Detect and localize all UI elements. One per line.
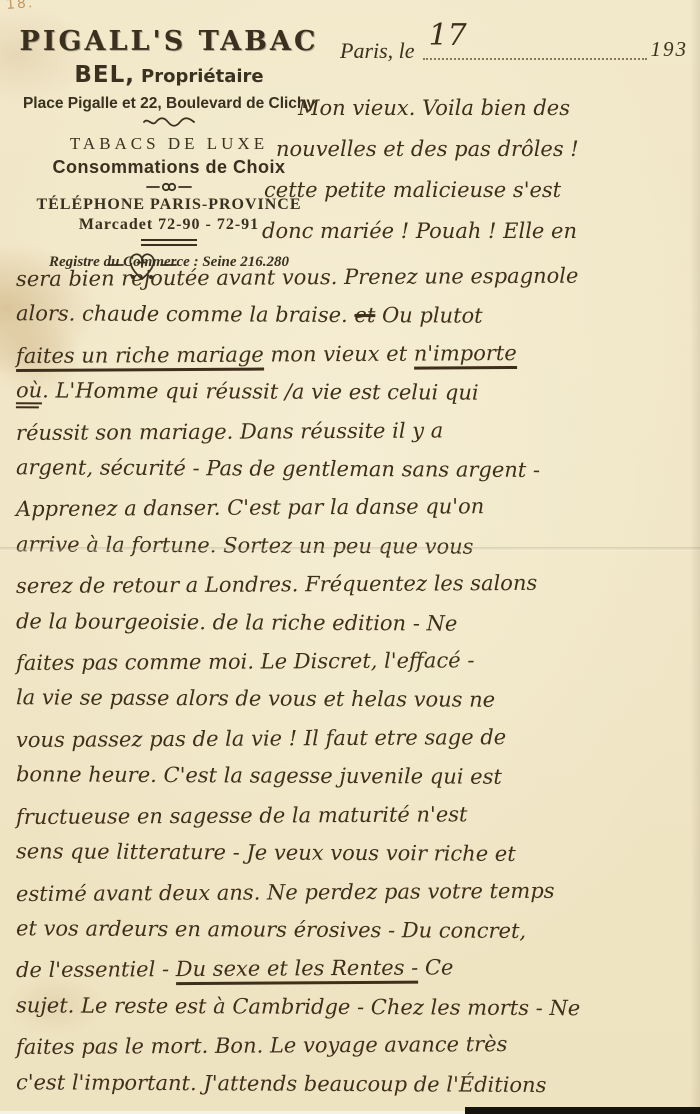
- handwriting-line: faites pas le mort. Bon. Le voyage avanc…: [16, 1024, 688, 1067]
- handwriting-line: faites pas comme moi. Le Discret, l'effa…: [16, 640, 688, 683]
- handwriting-line: sujet. Le reste est à Cambridge - Chez l…: [16, 986, 688, 1028]
- handwriting-line: Apprenez a danser. C'est par la danse qu…: [16, 486, 688, 529]
- handwriting-segment: serez de retour a Londres. Fréquentez le…: [16, 571, 537, 598]
- dateline: Paris, le 17 193: [340, 32, 688, 64]
- handwriting-segment: Apprenez a danser. C'est par la danse qu…: [16, 495, 484, 522]
- handwriting-line: bonne heure. C'est la sagesse juvenile q…: [16, 756, 688, 798]
- handwriting-line: Mon vieux. Voila bien des: [298, 88, 692, 129]
- handwriting-line: où. L'Homme qui réussit /a vie est celui…: [16, 371, 688, 413]
- handwriting-segment: donc mariée ! Pouah ! Elle en: [262, 219, 577, 243]
- handwriting-line: la vie se passe alors de vous et helas v…: [16, 679, 688, 721]
- handwriting-line: argent, sécurité - Pas de gentleman sans…: [16, 448, 688, 490]
- double-ring-ornament-icon: [146, 181, 192, 193]
- handwriting-line: fructueuse en sagesse de la maturité n'e…: [16, 794, 688, 837]
- handwriting-segment: la vie se passe alors de vous et helas v…: [16, 686, 495, 713]
- proprietor-line: BEL,Propriétaire: [2, 62, 336, 88]
- scanned-letter-page: 18. PIGALL'S TABAC BEL,Propriétaire Plac…: [0, 0, 700, 1114]
- handwriting-segment: . L'Homme qui réussit /a vie est celui q…: [42, 379, 479, 405]
- proprietor-name: BEL,: [74, 62, 135, 88]
- handwriting-segment: Ou plutot: [375, 304, 482, 329]
- handwriting-segment: bonne heure. C'est la sagesse juvenile q…: [16, 763, 502, 790]
- handwriting-segment: estimé avant deux ans. Ne perdez pas vot…: [16, 878, 555, 905]
- handwriting-line: c'est l'important. J'attends beaucoup de…: [16, 1063, 688, 1105]
- handwriting-line: sera bien rejoutée avant vous. Prenez un…: [16, 256, 688, 299]
- handwriting-segment: sujet. Le reste est à Cambridge - Chez l…: [16, 993, 580, 1020]
- proprietor-title: Propriétaire: [141, 66, 264, 87]
- handwriting-line: réussit son mariage. Dans réussite il y …: [16, 410, 688, 453]
- handwriting-segment: faites pas comme moi. Le Discret, l'effa…: [16, 648, 475, 675]
- paper-fold-crease: [0, 547, 700, 551]
- handwriting-line: serez de retour a Londres. Fréquentez le…: [16, 563, 688, 606]
- handwriting-segment: de l'essentiel -: [16, 957, 176, 982]
- dateline-prefix: Paris, le: [340, 38, 415, 64]
- handwriting-segment: sens que litterature - Je veux vous voir…: [16, 839, 516, 866]
- scan-edge-shadow-right: [690, 0, 700, 1114]
- handwriting-segment: de la bourgeoisie. de la riche edition -…: [16, 609, 457, 635]
- handwriting-segment: sera bien rejoutée avant vous. Prenez un…: [16, 264, 579, 291]
- handwriting-line: de l'essentiel - Du sexe et les Rentes -…: [16, 947, 688, 990]
- pencil-corner-mark: 18.: [5, 0, 34, 13]
- handwriting-segment: fructueuse en sagesse de la maturité n'e…: [16, 802, 468, 829]
- handwriting-segment: alors. chaude comme la braise.: [16, 302, 355, 328]
- handwriting-line: alors. chaude comme la braise. et Ou plu…: [16, 295, 688, 337]
- handwriting-line: cette petite malicieuse s'est: [264, 170, 692, 211]
- handwriting-line: et vos ardeurs en amours érosives - Du c…: [16, 909, 688, 951]
- handwriting-line: de la bourgeoisie. de la riche edition -…: [16, 602, 688, 644]
- handwriting-segment: faites un riche mariage: [16, 342, 264, 372]
- handwriting-segment: faites pas le mort. Bon. Le voyage avanc…: [16, 1032, 507, 1059]
- handwriting-segment: c'est l'important. J'attends beaucoup de…: [16, 1070, 547, 1097]
- handwriting-line: vous passez pas de la vie ! Il faut etre…: [16, 717, 688, 760]
- handwriting-line: nouvelles et des pas drôles !: [276, 129, 692, 170]
- handwriting-segment: argent, sécurité - Pas de gentleman sans…: [16, 455, 540, 482]
- handwriting-segment: où: [16, 378, 42, 404]
- handwriting-segment: Mon vieux. Voila bien des: [298, 96, 570, 120]
- handwriting-segment: vous passez pas de la vie ! Il faut etre…: [16, 725, 506, 752]
- handwritten-day: 17: [429, 18, 467, 53]
- scan-edge-bottom-right: [465, 1107, 700, 1114]
- handwriting-line: estimé avant deux ans. Ne perdez pas vot…: [16, 870, 688, 913]
- double-rule-divider: [141, 239, 197, 246]
- handwriting-segment: cette petite malicieuse s'est: [264, 178, 561, 202]
- handwriting-segment: n'importe: [414, 341, 517, 370]
- handwriting-segment: et vos ardeurs en amours érosives - Du c…: [16, 916, 526, 943]
- dateline-year: 193: [651, 37, 689, 62]
- handwriting-segment: réussit son mariage. Dans réussite il y …: [16, 418, 443, 445]
- handwriting-line: sens que litterature - Je veux vous voir…: [16, 832, 688, 874]
- letter-opening: Mon vieux. Voila bien desnouvelles et de…: [262, 88, 692, 252]
- handwriting-segment: et: [354, 303, 375, 327]
- letter-body: sera bien rejoutée avant vous. Prenez un…: [16, 258, 688, 1103]
- shop-name: PIGALL'S TABAC: [2, 26, 336, 57]
- handwriting-segment: Du sexe et les Rentes -: [176, 956, 419, 985]
- handwriting-segment: nouvelles et des pas drôles !: [276, 137, 579, 161]
- handwriting-line: donc mariée ! Pouah ! Elle en: [262, 211, 692, 252]
- handwriting-segment: arrive à la fortune. Sortez un peu que v…: [16, 532, 474, 558]
- handwriting-line: faites un riche mariage mon vieux et n'i…: [16, 333, 688, 376]
- dateline-dotted-rule: 17: [423, 32, 647, 60]
- squiggle-ornament-icon: [141, 116, 197, 127]
- handwriting-segment: mon vieux et: [264, 341, 414, 366]
- handwriting-segment: Ce: [418, 956, 453, 980]
